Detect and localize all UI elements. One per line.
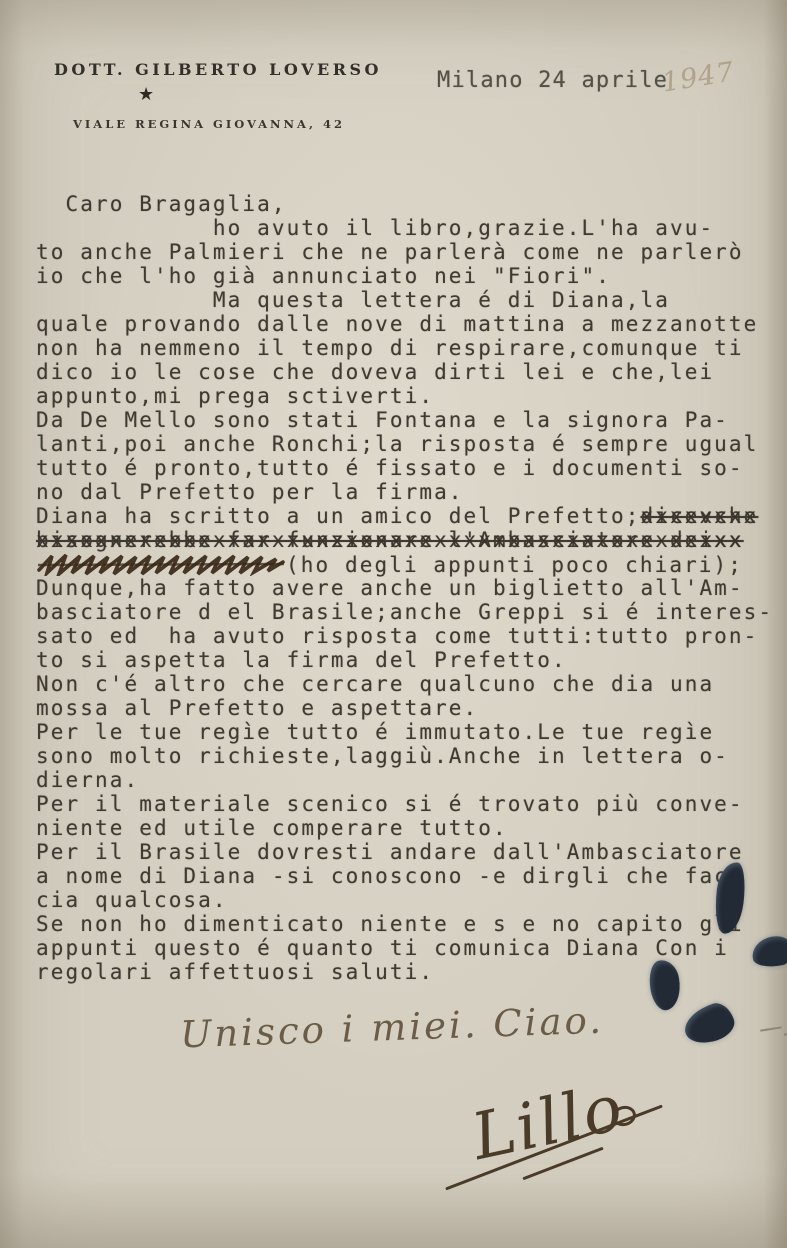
letter-line: appunto,mi prega sctiverti. — [36, 384, 781, 408]
overtype-x: xxxxxxxxxxxxxxxxxxxxxxxxxxxxxxxxxxxxxxxx… — [36, 528, 744, 552]
date-year-handwritten: 1947 — [660, 57, 737, 99]
letter-line: a nome di Diana -si conoscono -e dirgli … — [36, 864, 781, 888]
signature: Lillo — [466, 1071, 630, 1175]
letter-line: niente ed utile comperare tutto. — [36, 816, 781, 840]
letter-line: Caro Bragaglia, — [36, 192, 781, 216]
letter-line: cia qualcosa. — [36, 888, 781, 912]
letter-line: Ma questa lettera é di Diana,la — [36, 288, 781, 312]
letter-line: no dal Prefetto per la firma. — [36, 480, 781, 504]
letter-line: quale provando dalle nove di mattina a m… — [36, 312, 781, 336]
letter-line: Per le tue regìe tutto é immutato.Le tue… — [36, 720, 781, 744]
letter-line: dierna. — [36, 768, 781, 792]
letterhead-name: DOTT. GILBERTO LOVERSO — [54, 60, 382, 79]
letter-line: (ho degli appunti poco chiari); — [36, 552, 781, 576]
strikethrough-text: dicevchexxxxxxxx — [640, 504, 758, 528]
letterhead-address: VIALE REGINA GIOVANNA, 42 — [73, 117, 345, 131]
letter-line: ho avuto il libro,grazie.L'ha avu- — [36, 216, 781, 240]
letter-line: Dunque,ha fatto avere anche un biglietto… — [36, 576, 781, 600]
pencil-dash — [760, 1026, 782, 1031]
star-icon: ★ — [138, 84, 154, 105]
date-typed: Milano 24 aprile — [437, 68, 668, 93]
letter-line: to anche Palmieri che ne parlerà come ne… — [36, 240, 781, 264]
letter-line: sono molto richieste,laggiù.Anche in let… — [36, 744, 781, 768]
ink-scribble — [36, 552, 286, 576]
ink-blot — [680, 999, 739, 1049]
letter-line: Per il Brasile dovresti andare dall'Amba… — [36, 840, 781, 864]
letter-line: dico io le cose che doveva dirti lei e c… — [36, 360, 781, 384]
letter-line: sato ed ha avuto risposta come tutti:tut… — [36, 624, 781, 648]
letter-line: tutto é pronto,tutto é fissato e i docum… — [36, 456, 781, 480]
letter-line: Se non ho dimenticato niente e s e no ca… — [36, 912, 781, 936]
letter-line: non ha nemmeno il tempo di respirare,com… — [36, 336, 781, 360]
letter-line: lanti,poi anche Ronchi;la risposta é sem… — [36, 432, 781, 456]
letter-line: basciatore d el Brasile;anche Greppi si … — [36, 600, 781, 624]
letter-line: bisognerebbe far funzionare l'Ambasciato… — [36, 528, 781, 552]
letter-line: Per il materiale scenico si é trovato pi… — [36, 792, 781, 816]
letter-line: appunti questo é quanto ti comunica Dian… — [36, 936, 781, 960]
letter-line: Diana ha scritto a un amico del Prefetto… — [36, 504, 781, 528]
overtype-x: xxxxxxxx — [640, 504, 758, 528]
letter-line: io che l'ho già annunciato nei "Fiori". — [36, 264, 781, 288]
handwritten-note: Unisco i miei. Ciao. — [179, 999, 604, 1057]
letter-page: DOTT. GILBERTO LOVERSO ★ VIALE REGINA GI… — [0, 0, 787, 1248]
letter-body: Caro Bragaglia, ho avuto il libro,grazie… — [36, 192, 781, 984]
letter-line: to si aspetta la firma del Prefetto. — [36, 648, 781, 672]
letter-line: Non c'é altro che cercare qualcuno che d… — [36, 672, 781, 696]
letter-line: mossa al Prefetto e aspettare. — [36, 696, 781, 720]
letter-line: Da De Mello sono stati Fontana e la sign… — [36, 408, 781, 432]
strikethrough-text: bisognerebbe far funzionare l'Ambasciato… — [36, 528, 744, 552]
